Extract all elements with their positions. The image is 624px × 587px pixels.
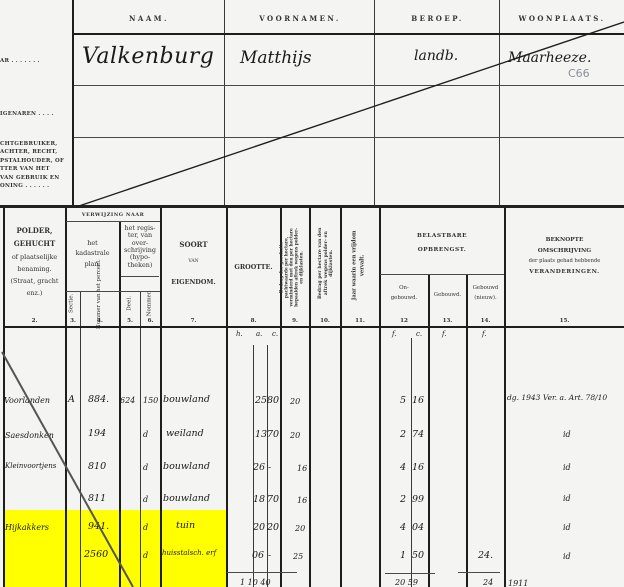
divider	[380, 274, 504, 275]
colnum-5: 5.	[120, 318, 140, 324]
header-woonplaats: WOONPLAATS.	[500, 14, 624, 23]
colnum-10: 10.	[310, 318, 340, 324]
cell-ongebouwd-f: 1	[400, 550, 406, 561]
cell-ongebouwd-c: 99	[412, 494, 424, 505]
cell-grootte-a: 06	[252, 550, 264, 561]
colnum-13: 13.	[429, 318, 466, 324]
cell-soort: tuin	[176, 520, 195, 531]
cell-soort: huisstalsch. erf	[162, 548, 224, 559]
divider	[499, 0, 500, 205]
cell-remark: id	[563, 463, 571, 472]
label-co-owners: IGENAREN . . . .	[0, 110, 54, 118]
cell-ongebouwd-f: 4	[400, 522, 406, 533]
divider	[140, 292, 141, 336]
cell-soort: weiland	[166, 428, 204, 439]
colnum-6: 6.	[141, 318, 160, 324]
cell-remark: id	[563, 552, 571, 561]
cell-remark: id	[563, 494, 571, 503]
cell-grootte-c: 80	[267, 395, 279, 406]
cell-deel: 624	[120, 396, 135, 405]
owner-surname: Valkenburg	[82, 44, 214, 69]
header-naam: NAAM.	[74, 14, 224, 23]
header-register: het regis- ter, van over- schrijving (hy…	[120, 225, 160, 269]
header-ongebouwd: On- gebouwd.	[380, 283, 428, 304]
unit-f-12: f.	[392, 330, 397, 338]
cell-ongebouwd-c: 74	[412, 429, 424, 440]
cell-perceel: 941.	[88, 521, 109, 532]
total-gebouwd-nieuw: 24	[483, 578, 493, 587]
cell-grootte-a: 13	[255, 429, 267, 440]
divider	[224, 0, 225, 205]
cell-remark: dg. 1943 Ver. a. Art. 78/10	[507, 393, 607, 402]
cell-grootte-a: 25	[255, 395, 267, 406]
divider	[340, 208, 342, 587]
cell-nommer: d	[143, 523, 148, 532]
unit-c-12: c.	[416, 330, 422, 338]
cell-nommer: d	[143, 463, 148, 472]
cell-ongebouwd-f: 4	[400, 462, 406, 473]
cell-ongebouwd-c: 04	[412, 522, 424, 533]
cell-grootte-a: 20	[253, 522, 265, 533]
cell-perceel: 810	[88, 461, 106, 472]
header-col9: Bedrag der geschatte pachtwaarde per hec…	[281, 226, 306, 308]
cell-grootte-c: 70	[267, 494, 279, 505]
divider	[379, 208, 381, 587]
cell-grootte-c: -	[268, 462, 271, 473]
header-kadastrale: het kadastrale plan.	[66, 238, 119, 269]
owner-profession: landb.	[414, 48, 458, 64]
cell-ongebouwd-f: 2	[400, 494, 406, 505]
colnum-8: 8.	[227, 318, 280, 324]
owner-residence: Maarheeze.	[508, 50, 591, 66]
divider	[0, 205, 624, 208]
unit-f-14: f.	[482, 330, 487, 338]
colnum-9: 9.	[281, 318, 309, 324]
cell-bedrag: 16	[297, 464, 307, 473]
header-verwijzing: VERWIJZING NAAR	[66, 212, 160, 219]
colnum-12: 12	[380, 318, 428, 324]
cell-remark: id	[563, 523, 571, 532]
divider	[374, 0, 375, 205]
cell-ongebouwd-c: 16	[412, 395, 424, 406]
colnum-7: 7.	[161, 318, 226, 324]
cell-grootte-c: 20	[267, 522, 279, 533]
owner-first-names: Matthijs	[240, 48, 312, 68]
cell-ongebouwd-c: 50	[412, 550, 424, 561]
cell-nommer: d	[143, 430, 148, 439]
label-owner: AR . . . . . . .	[0, 57, 40, 65]
sum-line-grootte	[227, 572, 297, 573]
cell-perceel: 811	[88, 493, 106, 504]
header-soort: SOORT VAN EIGENDOM.	[161, 240, 226, 286]
divider	[74, 33, 624, 35]
cell-ongebouwd-c: 16	[412, 462, 424, 473]
cell-bedrag: 20	[295, 524, 305, 533]
cell-perceel: 884.	[88, 394, 109, 405]
cell-perceel: 194	[88, 428, 106, 439]
header-voornamen: VOORNAMEN.	[225, 14, 375, 23]
header-belastbare: BELASTBARE OPBRENGST.	[380, 230, 504, 258]
cell-nommer: d	[143, 495, 148, 504]
sum-line-ongebouwd	[385, 573, 435, 574]
cell-bedrag: 20	[290, 431, 300, 440]
colnum-15: 15.	[505, 318, 624, 324]
colnum-4: 4.	[81, 318, 119, 324]
colnum-14: 14.	[467, 318, 504, 324]
label-usufruct: CHTGEBRUIKER, ACHTER, RECHT, PSTALHOUDER…	[0, 140, 64, 190]
cell-grootte-a: 18	[253, 494, 265, 505]
divider	[309, 208, 311, 587]
cell-soort: bouwland	[163, 394, 210, 405]
cell-grootte-c: -	[268, 550, 271, 561]
divider	[72, 0, 74, 208]
header-grootte: GROOTTE.	[227, 263, 280, 271]
cell-grootte-c: 70	[267, 429, 279, 440]
header-col11: Jaar waarin een vrijdom vervalt.	[351, 224, 368, 306]
cell-bedrag: 16	[297, 496, 307, 505]
colnum-2: 2.	[4, 318, 65, 324]
divider	[74, 137, 624, 138]
unit-h: h.	[236, 330, 243, 338]
divider	[80, 292, 81, 587]
cell-grootte-a: 26	[253, 462, 265, 473]
header-col10: Bedrag per hectare van den aftrek wegens…	[318, 222, 335, 304]
colnum-11: 11.	[341, 318, 379, 324]
divider	[121, 276, 159, 277]
cell-soort: bouwland	[163, 493, 210, 504]
unit-f-13: f.	[442, 330, 447, 338]
total-remark: 1911	[508, 579, 528, 587]
cell-nommer: d	[143, 551, 148, 560]
cell-gebouwd-nieuw: 24.	[478, 550, 493, 561]
cell-sectie: A	[68, 394, 75, 405]
unit-c: c.	[272, 330, 278, 338]
cell-perceel: 2560	[84, 549, 108, 560]
header-beroep: BEROEP.	[375, 14, 500, 23]
pencil-note: C66	[568, 67, 590, 80]
sum-line-gebouwd-nieuw	[458, 572, 500, 573]
total-ongebouwd: 20 59	[395, 578, 418, 587]
cell-nommer: 150	[143, 396, 158, 405]
total-grootte: 1 10 40	[240, 578, 271, 587]
cell-place: Voorlanden	[4, 396, 50, 405]
header-omschrijving: BEKNOPTE OMSCHRIJVING der plaats gehad h…	[505, 235, 624, 278]
cell-place: Hijkakkers	[5, 523, 49, 532]
cell-bedrag: 25	[293, 552, 303, 561]
cell-place: Kleinvoortjens	[5, 462, 56, 470]
header-gebouwd-nieuw: Gebouwd (nieuw).	[467, 283, 504, 304]
cell-place: Saesdonken	[5, 431, 54, 440]
cell-bedrag: 20	[290, 397, 300, 406]
header-polder: POLDER, GEHUCHT of plaatselijke benaming…	[4, 224, 65, 299]
cell-ongebouwd-f: 2	[400, 429, 406, 440]
divider	[140, 336, 141, 587]
divider	[74, 85, 624, 86]
cell-ongebouwd-f: 5	[400, 395, 406, 406]
unit-a: a.	[256, 330, 262, 338]
header-gebouwd: Gebouwd.	[429, 292, 466, 299]
divider	[66, 221, 160, 222]
cell-soort: bouwland	[163, 461, 210, 472]
cell-remark: id	[563, 430, 571, 439]
colnum-3: 3.	[66, 318, 80, 324]
